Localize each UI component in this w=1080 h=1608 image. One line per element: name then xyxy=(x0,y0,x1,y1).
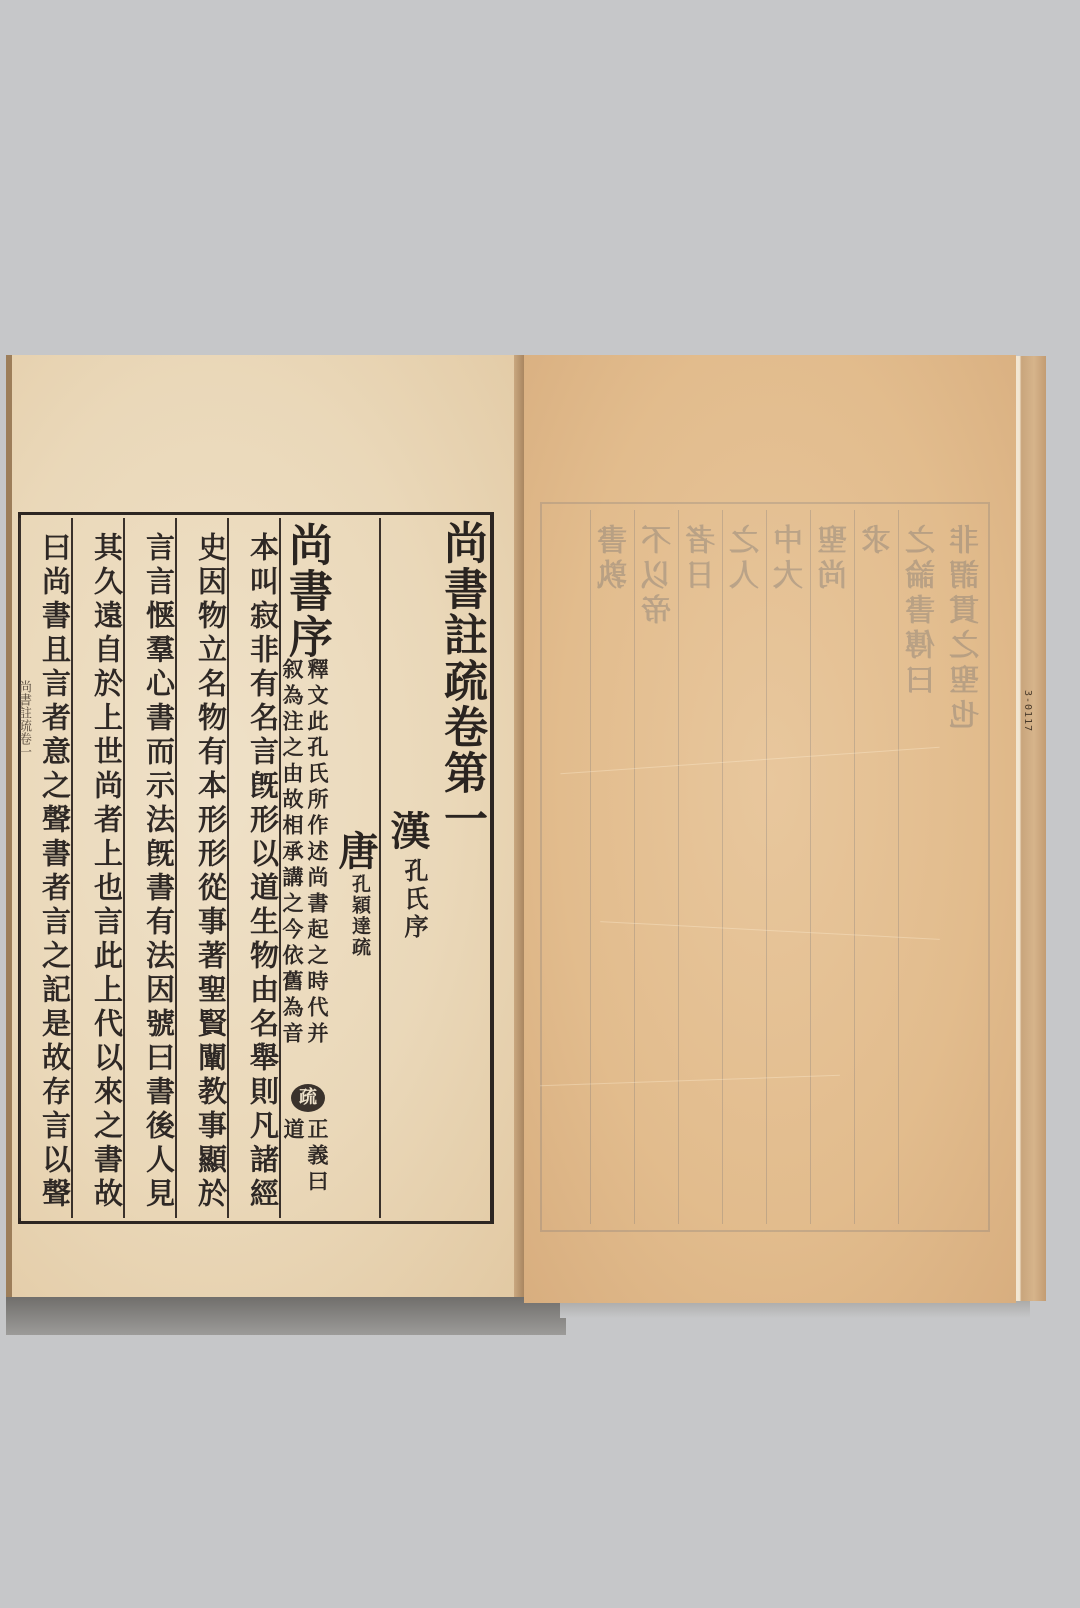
ghost-text: 書孰 xyxy=(602,524,630,594)
book-shadow-left xyxy=(6,1295,566,1335)
ghost-text: 中大 xyxy=(778,524,806,594)
ghost-text: 聖尚 xyxy=(822,524,850,594)
ghost-text: 者日 xyxy=(690,524,718,594)
ghost-column: 求 xyxy=(854,510,898,1224)
volume-title: 尚書註疏卷第一 xyxy=(439,520,483,842)
ghost-column: 者日 xyxy=(678,510,722,1224)
ghost-column: 不以帝 xyxy=(634,510,678,1224)
show-through-frame: 非謂貫之聖也 之論書傳曰 求 聖尚 中大 之人 者日 不以帝 書孰 xyxy=(540,502,990,1232)
ghost-column: 書孰 xyxy=(590,510,634,1224)
ghost-column: 之人 xyxy=(722,510,766,1224)
ghost-column: 之論書傳曰 xyxy=(898,510,942,1224)
ghost-text: 之論書傳曰 xyxy=(910,524,938,699)
title-column: 尚書註疏卷第一 xyxy=(431,518,491,1218)
ghost-text: 非謂貫之聖也 xyxy=(954,524,982,734)
ghost-text: 求 xyxy=(866,524,894,559)
ghost-column: 非謂貫之聖也 xyxy=(942,510,986,1224)
edge-label: 3-0117 xyxy=(1022,690,1033,732)
ghost-text: 不以帝 xyxy=(646,524,674,629)
ghost-column: 聖尚 xyxy=(810,510,854,1224)
margin-label: 尚書註疏卷一 xyxy=(14,680,33,758)
ghost-text: 之人 xyxy=(734,524,762,594)
ghost-column: 中大 xyxy=(766,510,810,1224)
page-edge xyxy=(1016,356,1046,1301)
text-grid xyxy=(18,515,418,1221)
